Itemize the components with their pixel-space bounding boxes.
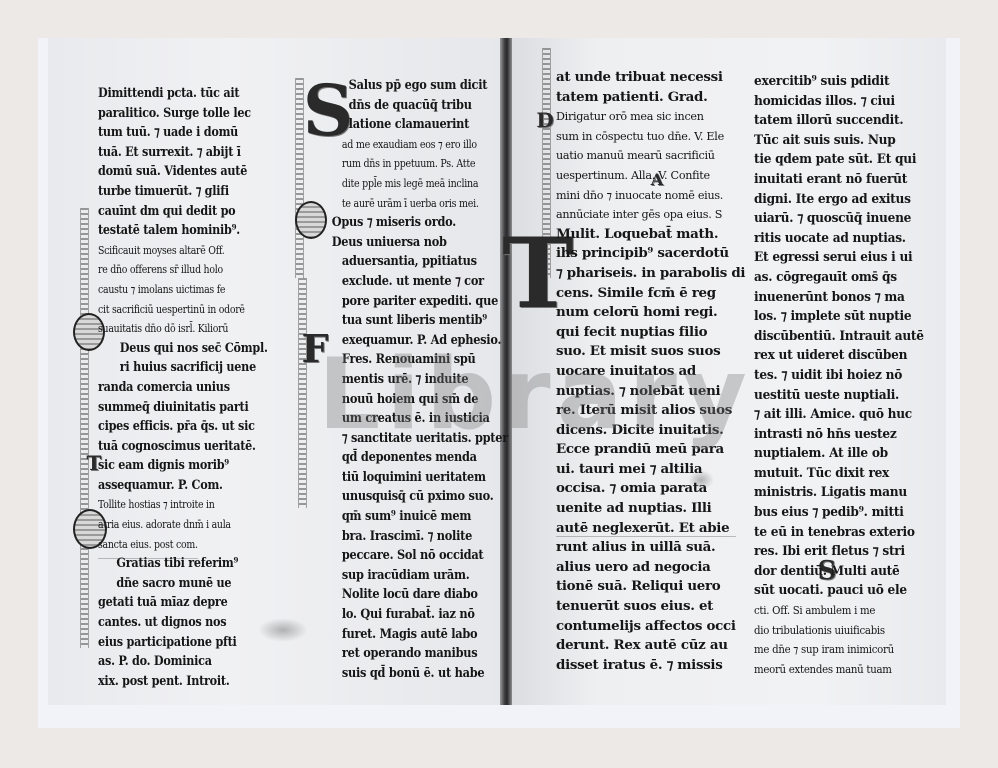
- text-column-2: Salus pp̄ ego sum dicit dn̄s de quacūq̄ …: [308, 76, 508, 683]
- text-line: homicidas illos. ⁊ ciui: [754, 92, 924, 112]
- text-line: sum in cōspectu tuo dn̄e. V. Ele: [556, 127, 745, 147]
- text-line: re. Iterū misit alios suos: [556, 401, 745, 421]
- text-line: meorū extendes manū tuam: [754, 660, 924, 680]
- text-line: Et egressi serui eius i ui: [754, 248, 924, 268]
- decorated-initial-t-right: T: [518, 213, 558, 333]
- text-line: dor dentiū. Multi autē: [754, 562, 924, 582]
- text-line: suo. Et misit suos suos: [556, 342, 745, 362]
- manuscript-spread: S F T D A T S Dimittendi pcta. tūc ait p…: [48, 38, 946, 705]
- text-line: exequamur. P. Ad ephesio.: [308, 331, 508, 351]
- text-line: disset iratus ē. ⁊ missis: [556, 656, 745, 676]
- text-line: atria eius. adorate dnm̄ i aula: [98, 515, 268, 535]
- text-line: furet. Magis autē labo: [308, 625, 508, 645]
- text-line: dn̄e sacro munē ue: [98, 574, 268, 594]
- text-line: ad me exaudiam eos ⁊ ero illo: [308, 135, 508, 155]
- text-line: um creatus ē. in iusticia: [308, 409, 508, 429]
- text-line: unusquisq̄ cū pximo suo.: [308, 487, 508, 507]
- text-line: mutuit. Tūc dixit rex: [754, 464, 924, 484]
- text-line: as. cōgregauīt oms̄ q̄s: [754, 268, 924, 288]
- text-line: ui. tauri mei ⁊ altilia: [556, 460, 745, 480]
- text-line: bra. Irascimī. ⁊ nolite: [308, 527, 508, 547]
- text-line: sancta eius. post com.: [98, 535, 268, 555]
- text-line: tum tuū. ⁊ uade i domū: [98, 123, 268, 143]
- text-line: num celorū homi regi.: [556, 303, 745, 323]
- text-line: Tollite hostias ⁊ introite in: [98, 495, 268, 515]
- text-line: Ecce prandiū meū para: [556, 440, 745, 460]
- text-line: cens. Simile fcm̄ ē reg: [556, 284, 745, 304]
- text-column-1: Dimittendi pcta. tūc ait paralitico. Sur…: [98, 84, 268, 691]
- text-line: getati tuā mīaz depre: [98, 593, 268, 613]
- text-line: caustu ⁊ imolans uictimas fe: [98, 280, 268, 300]
- text-line: occisa. ⁊ omia parata: [556, 479, 745, 499]
- text-line: cauīnt dm qui dedit po: [98, 202, 268, 222]
- text-line: rum dn̄s in ppetuum. Ps. Atte: [308, 154, 508, 174]
- text-line: re dn̄o offerens sr̄ illud holo: [98, 260, 268, 280]
- text-line: Salus pp̄ ego sum dicit: [308, 76, 508, 96]
- text-line: tuā. Et surrexit. ⁊ abijt ī: [98, 143, 268, 163]
- text-line: ministris. Ligatis manu: [754, 483, 924, 503]
- text-line: sup iracūdiam urām.: [308, 566, 508, 586]
- text-column-4: exercitib⁹ suis pdidit homicidas illos. …: [754, 72, 924, 679]
- text-line: uestitū ueste nuptiali.: [754, 386, 924, 406]
- photograph-frame: S F T D A T S Dimittendi pcta. tūc ait p…: [38, 38, 960, 728]
- text-line: Mulit. Loquebat̄ math.: [556, 225, 745, 245]
- text-line: Deus uniuersa nob: [308, 233, 508, 253]
- text-line: nuptias. ⁊ nolebāt ueni: [556, 382, 745, 402]
- text-line: ⁊ ait illi. Amice. quō huc: [754, 405, 924, 425]
- text-column-3: at unde tribuat necessi tatem patienti. …: [556, 68, 745, 675]
- text-line: exclude. ut mente ⁊ cor: [308, 272, 508, 292]
- text-line: los. ⁊ implete sūt nuptie: [754, 307, 924, 327]
- text-line: bus eius ⁊ pedib⁹. mitti: [754, 503, 924, 523]
- text-line: turbe timuerūt. ⁊ glifi: [98, 182, 268, 202]
- text-line: runt alius in uillā suā.: [556, 538, 745, 558]
- text-line: rex ut uideret discūben: [754, 346, 924, 366]
- text-line: alius uero ad negocia: [556, 558, 745, 578]
- text-line: peccare. Sol nō occidat: [308, 546, 508, 566]
- text-line: intrasti nō hn̄s uestez: [754, 425, 924, 445]
- text-line: mentis urē. ⁊ induite: [308, 370, 508, 390]
- text-line: res. Ibi erit fletus ⁊ stri: [754, 542, 924, 562]
- text-line: assequamur. P. Com.: [98, 476, 268, 496]
- text-line: ⁊ sanctitate ueritatis. ppter: [308, 429, 508, 449]
- text-line: at unde tribuat necessi: [556, 68, 745, 88]
- text-line: cantes. ut dignos nos: [98, 613, 268, 633]
- text-line: derunt. Rex autē cūz au: [556, 636, 745, 656]
- text-line: Opus ⁊ miseris ordo.: [308, 213, 508, 233]
- text-line: inuenerūnt bonos ⁊ ma: [754, 288, 924, 308]
- text-line: qm̄ sum⁹ inuicē mem: [308, 507, 508, 527]
- text-line: sic eam dignis morib⁹: [98, 456, 268, 476]
- text-line: contumelijs affectos occi: [556, 617, 745, 637]
- marginal-flourish: [80, 208, 89, 648]
- text-line: ri huius sacrificij uene: [98, 358, 268, 378]
- text-line: uespertinum. Alla. V. Confite: [556, 166, 745, 186]
- text-line: tatem illorū succendit.: [754, 111, 924, 131]
- text-line: Tūc ait suis suis. Nup: [754, 131, 924, 151]
- text-line: dio tribulationis uiuificabis: [754, 621, 924, 641]
- text-line: testatē talem hominib⁹.: [98, 221, 268, 241]
- text-line: me dn̄e ⁊ sup iram inimicorū: [754, 640, 924, 660]
- ink-smudge: [258, 618, 308, 642]
- text-line: Deus qui nos sec̄ Cōmpl.: [98, 339, 268, 359]
- text-line: qui fecit nuptias filio: [556, 323, 745, 343]
- text-line: ihs principib⁹ sacerdotū: [556, 244, 745, 264]
- text-line: ret operando manibus: [308, 644, 508, 664]
- text-line: uocare inuitatos ad: [556, 362, 745, 382]
- text-line: inuitati erant nō fuerūt: [754, 170, 924, 190]
- text-line: tatem patienti. Grad.: [556, 88, 745, 108]
- text-line: suis qd̄ bonū ē. ut habe: [308, 664, 508, 684]
- text-line: tenuerūt suos eius. et: [556, 597, 745, 617]
- text-line: tie qdem pate sūt. Et qui: [754, 150, 924, 170]
- text-line: ritis uocate ad nuptias.: [754, 229, 924, 249]
- text-line: dn̄s de quacūq̄ tribu: [308, 96, 508, 116]
- ruling-line: [98, 558, 198, 559]
- text-line: uiarū. ⁊ quoscūq̄ inuene: [754, 209, 924, 229]
- text-line: annūciate inter gēs opa eius. S: [556, 205, 745, 225]
- marginal-flourish: [298, 278, 307, 508]
- text-line: tua sunt liberis mentib⁹: [308, 311, 508, 331]
- text-line: exercitib⁹ suis pdidit: [754, 72, 924, 92]
- text-line: pore pariter expediti. que: [308, 292, 508, 312]
- text-line: tionē suā. Reliqui uero: [556, 577, 745, 597]
- ink-smudge: [688, 470, 714, 490]
- text-line: uenite ad nuptias. Illi: [556, 499, 745, 519]
- text-line: uatio manuū mearū sacrificiū: [556, 146, 745, 166]
- text-line: nuptialem. At ille ob: [754, 444, 924, 464]
- text-line: qd̄ deponentes menda: [308, 448, 508, 468]
- text-line: paralitico. Surge tolle lec: [98, 104, 268, 124]
- text-line: tiū loquimini ueritatem: [308, 468, 508, 488]
- text-line: summeq̄ diuinitatis parti: [98, 398, 268, 418]
- ruling-line: [556, 536, 736, 537]
- decorated-initial-d-right: D: [534, 108, 556, 132]
- text-line: domū suā. Videntes autē: [98, 162, 268, 182]
- text-line: Sᴄificauit moyses altarē Off.: [98, 241, 268, 261]
- text-line: aduersantia, ppitiatus: [308, 252, 508, 272]
- text-line: Dirigatur orō mea sic incen: [556, 107, 745, 127]
- text-line: tes. ⁊ uidit ibi hoiez nō: [754, 366, 924, 386]
- text-line: xix. post pent. Introit.: [98, 672, 268, 692]
- text-line: tuā cognoscimus ueritatē.: [98, 437, 268, 457]
- text-line: dicens. Dicite inuitatis.: [556, 421, 745, 441]
- text-line: as. P. do. Dominica: [98, 652, 268, 672]
- text-line: latione clamauerint: [308, 115, 508, 135]
- text-line: Dimittendi pcta. tūc ait: [98, 84, 268, 104]
- text-line: ⁊ phariseis. in parabolis di: [556, 264, 745, 284]
- text-line: cti. Off. Si ambulem i me: [754, 601, 924, 621]
- text-line: Nolite locū dare diabo: [308, 585, 508, 605]
- text-line: nouū hoiem qui sm̄ de: [308, 390, 508, 410]
- text-line: sūt uocati. pauci uō ele: [754, 581, 924, 601]
- text-line: lo. Qui furabat̄. iaz nō: [308, 605, 508, 625]
- text-line: dite ppl̄e mis legē meā inclina: [308, 174, 508, 194]
- text-line: cit sacrificiū uespertinū in odorē: [98, 300, 268, 320]
- text-line: te aurē urām ī uerba oris mei.: [308, 194, 508, 214]
- text-line: Fres. Renouamini spū: [308, 350, 508, 370]
- text-line: te eū in tenebras exterio: [754, 523, 924, 543]
- text-line: mini dn̄o ⁊ inuocate nomē eius.: [556, 186, 745, 206]
- text-line: randa comercia unius: [98, 378, 268, 398]
- text-line: suauitatis dn̄o dō isrl̄. Kiliorū: [98, 319, 268, 339]
- text-line: eius participatione pfti: [98, 633, 268, 653]
- text-line: discūbentiū. Intrauit autē: [754, 327, 924, 347]
- text-line: digni. Ite ergo ad exitus: [754, 190, 924, 210]
- text-line: cipes efficis. pr̄a q̄s. ut sic: [98, 417, 268, 437]
